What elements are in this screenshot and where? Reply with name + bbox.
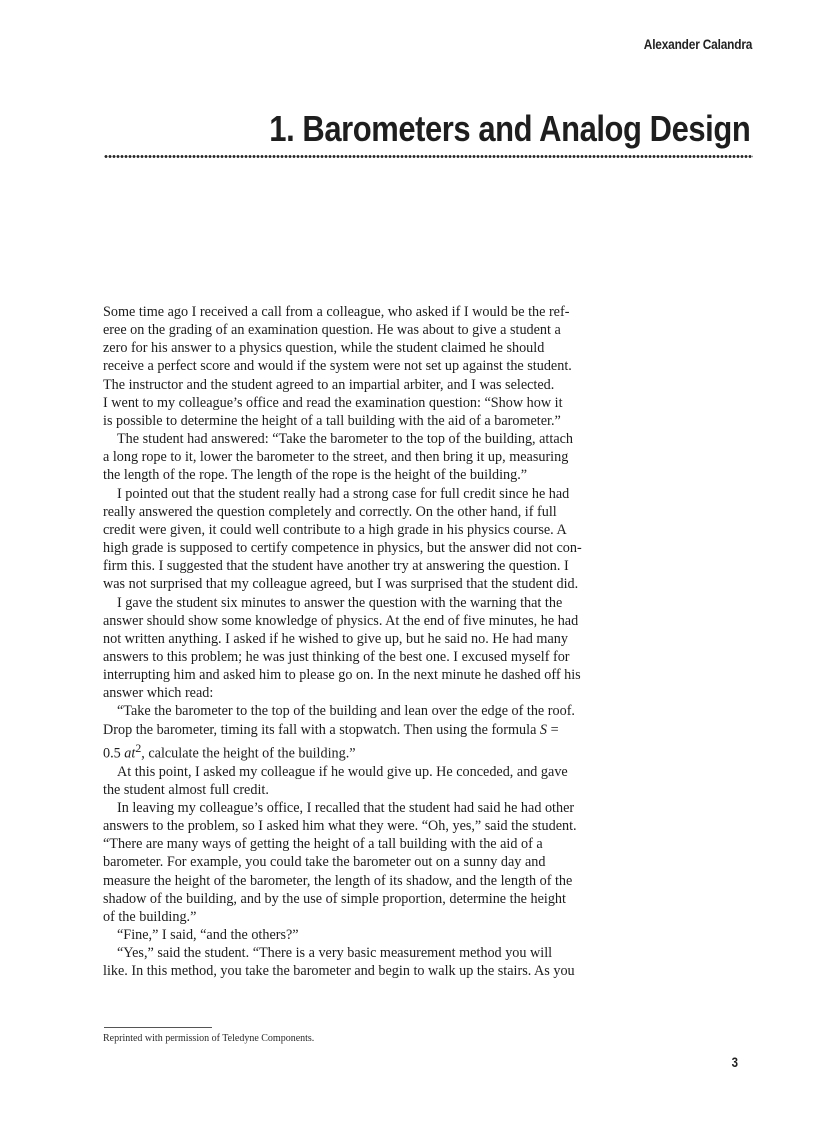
text-line: the student almost full credit. [103, 781, 783, 799]
text-line: shadow of the building, and by the use o… [103, 890, 783, 908]
text-line: measure the height of the barometer, the… [103, 872, 783, 890]
text-line: credit were given, it could well contrib… [103, 521, 783, 539]
text-line-with-formula: Drop the barometer, timing its fall with… [103, 721, 783, 739]
text-line: the length of the rope. The length of th… [103, 466, 783, 484]
text-line: answer which read: [103, 684, 783, 702]
text-line: firm this. I suggested that the student … [103, 557, 783, 575]
text-line: answers to this problem; he was just thi… [103, 648, 783, 666]
dotted-title-rule [104, 154, 753, 160]
text-line: “Fine,” I said, “and the others?” [103, 926, 783, 944]
text-line: interrupting him and asked him to please… [103, 666, 783, 684]
footnote: Reprinted with permission of Teledyne Co… [103, 1033, 314, 1044]
text-line: Some time ago I received a call from a c… [103, 303, 783, 321]
text-line: zero for his answer to a physics questio… [103, 339, 783, 357]
chapter-title: 1. Barometers and Analog Design [269, 108, 750, 150]
text-fragment: , calculate the height of the building.” [141, 745, 355, 761]
text-line: answers to the problem, so I asked him w… [103, 817, 783, 835]
body-text: Some time ago I received a call from a c… [103, 303, 783, 981]
formula-lhs: S [540, 722, 547, 738]
text-line: high grade is supposed to certify compet… [103, 539, 783, 557]
text-line: not written anything. I asked if he wish… [103, 630, 783, 648]
formula-variable: at [124, 745, 135, 761]
text-line: of the building.” [103, 908, 783, 926]
text-line-with-formula: 0.5 at2, calculate the height of the bui… [103, 739, 783, 763]
text-line: In leaving my colleague’s office, I reca… [103, 799, 783, 817]
text-line: answer should show some knowledge of phy… [103, 612, 783, 630]
text-line: “Yes,” said the student. “There is a ver… [103, 944, 783, 962]
running-head-author: Alexander Calandra [644, 37, 752, 52]
formula-equals: = [547, 722, 559, 738]
text-line: I pointed out that the student really ha… [103, 485, 783, 503]
text-line: is possible to determine the height of a… [103, 412, 783, 430]
text-line: eree on the grading of an examination qu… [103, 321, 783, 339]
text-line: I went to my colleague’s office and read… [103, 394, 783, 412]
page-number: 3 [732, 1055, 738, 1070]
text-line: was not surprised that my colleague agre… [103, 575, 783, 593]
text-line: barometer. For example, you could take t… [103, 853, 783, 871]
text-line: receive a perfect score and would if the… [103, 357, 783, 375]
text-line: “There are many ways of getting the heig… [103, 835, 783, 853]
formula-coefficient: 0.5 [103, 745, 124, 761]
text-line: like. In this method, you take the barom… [103, 962, 783, 980]
text-line: really answered the question completely … [103, 503, 783, 521]
text-fragment: Drop the barometer, timing its fall with… [103, 722, 540, 738]
footnote-divider [104, 1027, 212, 1028]
text-line: a long rope to it, lower the barometer t… [103, 448, 783, 466]
text-line: The student had answered: “Take the baro… [103, 430, 783, 448]
text-line: At this point, I asked my colleague if h… [103, 763, 783, 781]
text-line: The instructor and the student agreed to… [103, 376, 783, 394]
text-line: “Take the barometer to the top of the bu… [103, 702, 783, 720]
text-line: I gave the student six minutes to answer… [103, 594, 783, 612]
